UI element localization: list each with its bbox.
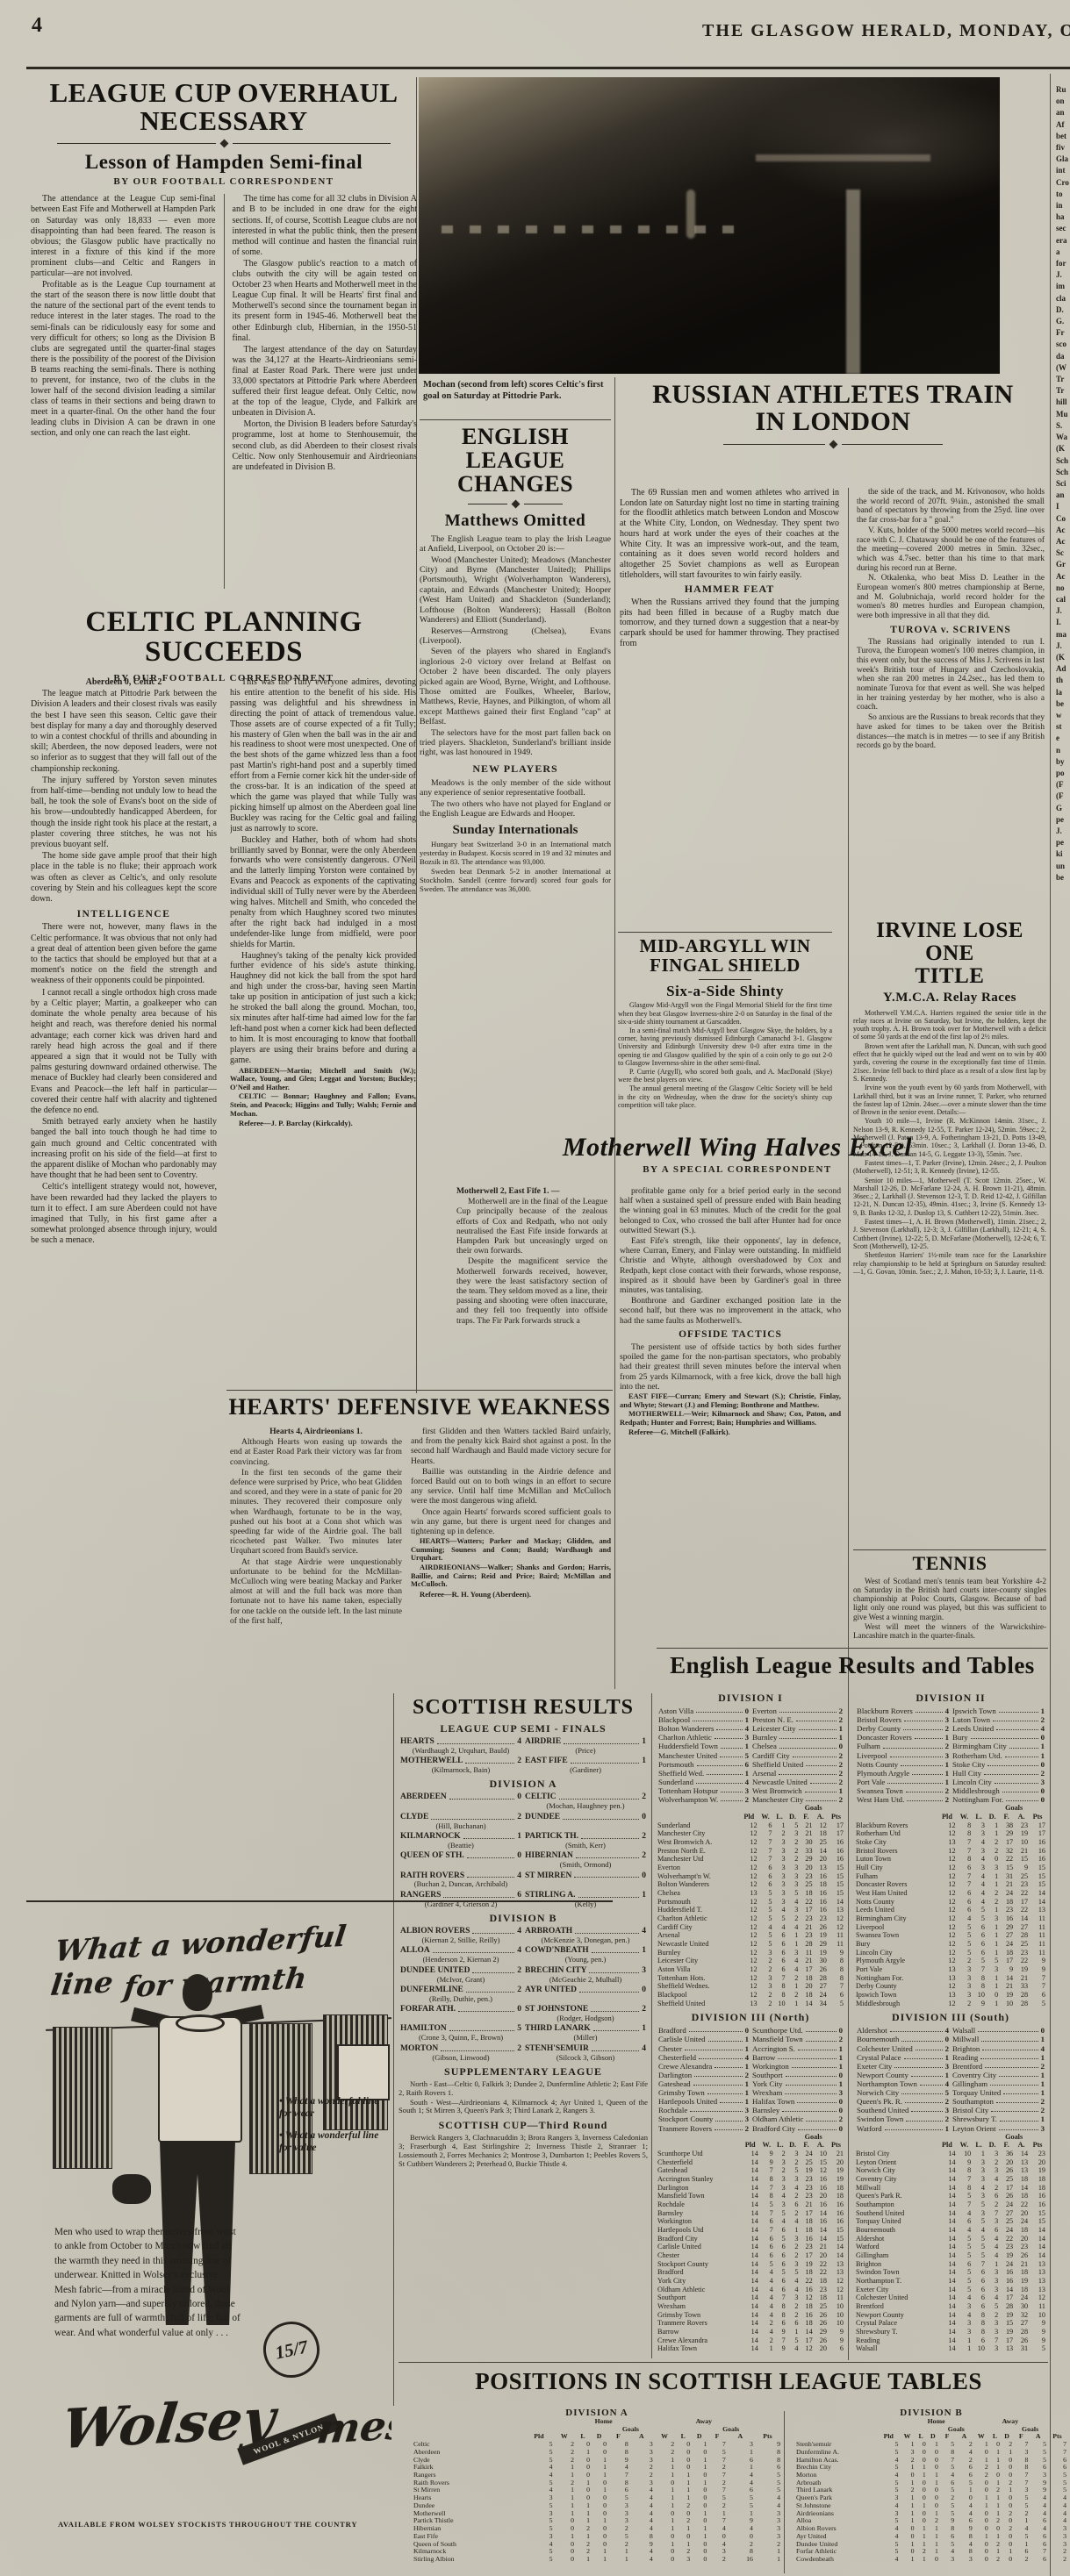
table-row: Motherwell311034001113	[413, 2510, 781, 2518]
scottish-results: SCOTTISH RESULTS LEAGUE CUP SEMI - FINAL…	[399, 1697, 648, 2360]
paragraph: The attendance at the League Cup semi-fi…	[31, 194, 216, 279]
table-row: Portsmouth12534221614	[657, 1898, 844, 1907]
text-fragment: pe	[1056, 814, 1070, 826]
text-fragment: I.	[1056, 617, 1070, 628]
table-row: Newport County14482193210	[855, 2311, 1046, 2320]
match-result: ALLOA4(Henderson 2, Kiernan 2) COWD'NBEA…	[399, 1946, 648, 1964]
table-division-1: Goals PldW.L.D.F.A.Pts Sunderland1261521…	[657, 1804, 844, 2007]
paragraph: Celtic's intelligent strategy would not,…	[31, 1182, 217, 1246]
table-row: Reading1416717269	[855, 2336, 1046, 2345]
newspaper-page: 4 THE GLASGOW HERALD, MONDAY, OCTOBER 1 …	[0, 0, 1070, 2576]
photo-caption: Mochan (second from left) scores Celtic'…	[423, 379, 609, 402]
article-body: Glasgow Mid-Argyll won the Fingal Memori…	[618, 1001, 832, 1109]
paragraph: The time has come for all 32 clubs in Di…	[233, 194, 418, 258]
match-result: Charlton Athletic3 Burnley1	[657, 1733, 844, 1742]
referee-line: Referee—R. H. Young (Aberdeen).	[411, 1590, 611, 1599]
text-fragment: n	[1056, 745, 1070, 756]
english-results-headline: English League Results and Tables	[657, 1653, 1048, 1678]
table-positions-b: HomeAway GoalsGoals PldWLDFAWLDFAPts Ste…	[795, 2418, 1067, 2564]
headline-line2: NECESSARY	[31, 107, 417, 135]
table-row: Wrexham14482182510	[657, 2302, 844, 2311]
paragraph: Motherwell Y.M.C.A. Harriers regained th…	[853, 1009, 1046, 1041]
paragraph: The largest attendance of the day on Sat…	[233, 345, 418, 419]
table-row: Manchester Utd12732292016	[657, 1855, 844, 1864]
scoreline: Aberdeen 0, Celtic 2	[31, 677, 217, 688]
section-division-3-south: DIVISION III (South)	[855, 2011, 1046, 2024]
table-row: Huddersfield T.12543171613	[657, 1906, 844, 1914]
table-row: Queen of South402029110422	[413, 2541, 781, 2549]
headline: Motherwell Wing Halves Excel	[456, 1134, 1018, 1161]
byline: BY OUR FOOTBALL CORRESPONDENT	[31, 176, 417, 187]
table-row: Stockport County14563192213	[657, 2260, 844, 2269]
table-row: Southend United14437272015	[855, 2209, 1046, 2218]
paragraph: The league match at Pittodrie Park betwe…	[31, 689, 217, 775]
table-row: Liverpool12561292711	[855, 1923, 1046, 1932]
subhead: Y.M.C.A. Relay Races	[853, 991, 1046, 1005]
paragraph: West of Scotland men's tennis team beat …	[853, 1577, 1046, 1621]
paragraph: Sweden beat Denmark 5-2 in another Inter…	[420, 868, 611, 894]
text-fragment: Af	[1056, 119, 1070, 131]
ornament-rule	[723, 441, 943, 447]
table-row: Luton Town12840221516	[855, 1855, 1046, 1864]
table-row: Shrewsbury T.1438319289	[855, 2328, 1046, 2336]
news-photo-celtic-goal	[419, 77, 1000, 374]
match-result: Colchester United2 Brighton4	[855, 2044, 1046, 2053]
text-fragment: ki	[1056, 848, 1070, 860]
table-row: Bristol City141013361423	[855, 2150, 1046, 2158]
match-result: Liverpool3 Rotherham Utd.1	[855, 1751, 1046, 1760]
table-division-3-south: Goals PldW.L.D.F.A.Pts Bristol City14101…	[855, 2133, 1046, 2353]
table-row: Brentford14365283011	[855, 2302, 1046, 2311]
table-row: York City14464221812	[657, 2277, 844, 2286]
paragraph: Baillie was outstanding in the Airdrie d…	[411, 1467, 611, 1506]
text-fragment: J.	[1056, 269, 1070, 281]
paragraph: At that stage Airdrie were unquestionabl…	[230, 1557, 402, 1626]
table-row: Leicester City1226421308	[657, 1957, 844, 1965]
text-fragment: Co	[1056, 513, 1070, 525]
paragraph: Despite the magnificent service the Moth…	[456, 1256, 607, 1325]
table-row: Crystal Palace1438315279	[855, 2319, 1046, 2328]
table-row: Tranmere Rovers14266182610	[657, 2319, 844, 2328]
paragraph: North - East—Celtic 0, Falkirk 3; Dundee…	[399, 2080, 648, 2098]
match-result: Blackpool1 Preston N. E.2	[657, 1715, 844, 1724]
match-result: Darlington2 Southport0	[657, 2071, 844, 2079]
team-list-motherwell: MOTHERWELL—Weir; Kilmarnock and Shaw; Co…	[620, 1410, 841, 1427]
table-row: Blackpool1228218246	[657, 1991, 844, 2000]
table-row: Chesterfield14932251520	[657, 2158, 844, 2167]
match-result: Bournemouth0 Millwall1	[855, 2035, 1046, 2043]
table-row: Aston Villa1226417268	[657, 1965, 844, 1974]
article-mid-argyll-shinty: MID-ARGYLL WIN FINGAL SHIELD Six-a-Side …	[618, 937, 832, 1130]
article-column: The attendance at the League Cup semi-fi…	[31, 194, 216, 589]
ad-bullet-wear: • What a wonderful line for wear	[279, 2095, 391, 2121]
table-row: Gateshead14725191219	[657, 2166, 844, 2175]
ad-bullet-value: • What a wonderful line for value	[279, 2129, 391, 2155]
match-result: Fulham2 Birmingham City1	[855, 1742, 1046, 1750]
table-row: Chester14662172014	[657, 2251, 844, 2260]
text-fragment: fiv	[1056, 142, 1070, 154]
paragraph: the side of the track, and M. Krivonosov…	[857, 488, 1045, 526]
table-row: Clyde520193101768	[413, 2457, 781, 2465]
photo-goalpost	[846, 190, 860, 374]
table-row: Leeds United12651232213	[855, 1906, 1046, 1914]
table-row: Leyton Orient14932201320	[855, 2158, 1046, 2167]
text-fragment: cal	[1056, 594, 1070, 605]
section-division-3-north: DIVISION III (North)	[657, 2011, 844, 2024]
headline: SCOTTISH RESULTS	[399, 1697, 648, 1719]
table-row: Raith Rovers521083011245	[413, 2479, 781, 2487]
table-row: Walsall14110313315	[855, 2344, 1046, 2353]
paragraph: Although Hearts won easing up towards th…	[230, 1437, 402, 1467]
celtic-column-1: Aberdeen 0, Celtic 2 The league match at…	[31, 677, 217, 1890]
table-row: Southport14473121811	[657, 2293, 844, 2302]
match-result: Newport County1 Coventry City1	[855, 2071, 1046, 2079]
match-result: West Ham Utd.2 Nottingham For.0	[855, 1795, 1046, 1804]
headline: LEAGUE CUP OVERHAUL	[31, 79, 417, 107]
table-row: Burnley1236311199	[657, 1949, 844, 1957]
paragraph: Haughney's taking of the penalty kick pr…	[230, 951, 416, 1066]
table-row: Carlisle United14662232114	[657, 2243, 844, 2251]
table-positions-a: HomeAway GoalsGoals PldWLDFAWLDFAPts Cel…	[413, 2418, 781, 2564]
match-result: Crewe Alexandra1 Workington1	[657, 2062, 844, 2071]
table-row: Hull City1263315915	[855, 1864, 1046, 1872]
match-result: MORTON2(Gibson, Linwood) STENH'SEMUIR4(S…	[399, 2044, 648, 2062]
match-result: Bristol Rovers3 Luton Town2	[855, 1715, 1046, 1724]
scoreline: Motherwell 2, East Fife 1. —	[456, 1186, 607, 1196]
paragraph: Profitable as is the League Cup tourname…	[31, 280, 216, 439]
scoreline: Hearts 4, Airdrieonians 1.	[230, 1427, 402, 1436]
paragraph: Bonthrone and Gardiner exchanged positio…	[620, 1296, 841, 1326]
section-division-a: DIVISION A	[399, 1778, 648, 1791]
match-result: Tranmere Rovers2 Bradford City0	[657, 2124, 844, 2133]
text-fragment: be	[1056, 698, 1070, 710]
ad-man-hand-cap	[112, 2174, 151, 2204]
column-rule	[651, 1693, 652, 2358]
table-row: Fulham12741312515	[855, 1872, 1046, 1881]
text-fragment: Tr	[1056, 385, 1070, 397]
table-row: Hibernian502024111443	[413, 2525, 781, 2533]
rule	[618, 932, 832, 933]
text-fragment: hill	[1056, 397, 1070, 408]
table-row: East Fife311058001003	[413, 2533, 781, 2541]
table-division-2: Goals PldW.L.D.F.A.Pts Blackburn Rovers1…	[855, 1804, 1046, 2007]
paragraph: Shettleston Harriers' 1½-mile team race …	[853, 1251, 1046, 1276]
table-row: Bristol Rovers12732322116	[855, 1847, 1046, 1856]
ad-man-vest	[158, 2016, 242, 2143]
match-result: Portsmouth6 Sheffield United2	[657, 1760, 844, 1769]
table-row: St Mirren410164110765	[413, 2487, 781, 2494]
ad-footer: AVAILABLE FROM WOLSEY STOCKISTS THROUGHO…	[58, 2520, 391, 2529]
match-result: Carlisle United1 Mansfield Town2	[657, 2035, 844, 2043]
results-division-3-south: Aldershot4 Walsall0 Bournemouth0 Millwal…	[855, 2026, 1046, 2132]
match-result: ALBION ROVERS4(Kiernan 2, Stillie, Reill…	[399, 1927, 648, 1944]
section-supplementary: SUPPLEMENTARY LEAGUE	[399, 2065, 648, 2079]
text-fragment: D.	[1056, 304, 1070, 316]
paragraph: I cannot recall a single orthodox high c…	[31, 988, 217, 1116]
hearts-column-2: first Glidden and then Watters tackled B…	[411, 1427, 611, 1692]
motherwell-column-2: profitable game only for a brief period …	[620, 1186, 841, 1646]
paragraph: The persistent use of offside tactics by…	[620, 1342, 841, 1392]
match-result: Aston Villa0 Everton2	[657, 1707, 844, 1715]
text-fragment: S.	[1056, 420, 1070, 432]
match-result: Doncaster Rovers1 Bury0	[855, 1733, 1046, 1742]
section-division-2: DIVISION II	[855, 1692, 1046, 1705]
paragraph: Irvine won the youth event by 60 yards f…	[853, 1084, 1046, 1116]
paragraph: In a semi-final match Mid-Argyll beat Gl…	[618, 1027, 832, 1067]
ornament-rule	[468, 501, 563, 507]
russian-column-2: the side of the track, and M. Krivonosov…	[857, 488, 1045, 912]
headline: MID-ARGYLL WIN	[618, 937, 832, 956]
text-fragment: by	[1056, 756, 1070, 768]
headline-line2: TITLE	[853, 965, 1046, 988]
paragraph: East Fife's strength, like their opponen…	[620, 1236, 841, 1295]
table-row: Hartlepools Utd14761181415	[657, 2226, 844, 2235]
masthead-rule	[26, 67, 1070, 69]
match-result: Chester1 Accrington S.1	[657, 2044, 844, 2053]
paragraph: South - West—Airdrieonians 4, Kilmarnock…	[399, 2099, 648, 2116]
text-fragment: no	[1056, 583, 1070, 594]
paragraph: So anxious are the Russians to break rec…	[857, 713, 1045, 751]
table-row: Barnsley14752171416	[657, 2209, 844, 2218]
article-body: Hungary beat Switzerland 3-0 in an Inter…	[420, 841, 611, 893]
table-row: Plymouth Argyle1225517229	[855, 1957, 1046, 1965]
subhead-hammer-feat: HAMMER FEAT	[620, 584, 839, 595]
text-fragment: on	[1056, 96, 1070, 107]
table-row: Torquay United14653252415	[855, 2217, 1046, 2226]
match-result: CLYDE2(Hill, Buchanan) DUNDEE0	[399, 1813, 648, 1830]
text-fragment: (K	[1056, 443, 1070, 454]
match-result: ABERDEEN0 CELTIC2(Mochan, Haughney pen.)	[399, 1792, 648, 1810]
paragraph: The two others who have not played for E…	[420, 799, 611, 819]
headline: CELTIC PLANNING SUCCEEDS	[31, 607, 417, 668]
paragraph: Wood (Manchester United); Meadows (Manch…	[420, 555, 611, 626]
article-english-league-changes: ENGLISH LEAGUE CHANGES Matthews Omitted …	[420, 425, 611, 1046]
paragraph: In the first ten seconds of the game the…	[230, 1468, 402, 1556]
text-fragment: int	[1056, 165, 1070, 176]
table-row: Preston North E.12732331416	[657, 1847, 844, 1856]
rule	[657, 1648, 1048, 1649]
table-row: Sheffield Wednes.1238120277	[657, 1982, 844, 1991]
table-row: Manchester City12723211817	[657, 1829, 844, 1838]
photo-crossbar	[756, 154, 930, 161]
positions-division-a: DIVISION A HomeAway GoalsGoals PldWLDFAW…	[413, 2408, 781, 2574]
table-row: Mansfield Town14842232018	[657, 2192, 844, 2200]
table-row: Oldham Athletic14464162312	[657, 2286, 844, 2294]
article-body: The English League team to play the Iris…	[420, 534, 611, 758]
russian-column-1: The 69 Russian men and women athletes wh…	[620, 488, 839, 932]
table-row: West Ham United12642242214	[855, 1889, 1046, 1898]
paragraph: Fastest times—1, A. H. Brown (Motherwell…	[853, 1218, 1046, 1250]
text-fragment: (W	[1056, 362, 1070, 374]
table-row: Notts County12642181714	[855, 1898, 1046, 1907]
text-fragment: for	[1056, 258, 1070, 269]
table-row: Workington14644181616	[657, 2217, 844, 2226]
table-row: Bolton Wanderers12633251815	[657, 1880, 844, 1889]
ornament-rule	[57, 140, 391, 147]
ad-bullets: • What a wonderful line for wear • What …	[279, 2095, 391, 2164]
table-row: Grimsby Town14482162610	[657, 2311, 844, 2320]
article-column: The time has come for all 32 clubs in Di…	[224, 194, 418, 589]
match-result: Norwich City5 Torquay United1	[855, 2088, 1046, 2097]
text-fragment: era	[1056, 235, 1070, 247]
table-row: Derby County1238121337	[855, 1982, 1046, 1991]
table-row: Stoke City13742171016	[855, 1838, 1046, 1847]
paragraph: Seven of the players who shared in Engla…	[420, 647, 611, 726]
headline-line2: CHANGES	[420, 472, 611, 496]
ad-price-roundel: 15/7	[258, 2316, 325, 2383]
text-fragment: (K	[1056, 652, 1070, 663]
table-row: Charlton Athletic12552232312	[657, 1914, 844, 1923]
text-fragment: cla	[1056, 293, 1070, 304]
subhead: Lesson of Hampden Semi-final	[31, 152, 417, 173]
table-row: Wolverhampt'n W.12633231615	[657, 1872, 844, 1881]
match-result: Wolverhampton W.2 Manchester City2	[657, 1795, 844, 1804]
text-fragment: J.	[1056, 605, 1070, 617]
article-motherwell: Motherwell Wing Halves Excel BY A SPECIA…	[456, 1134, 1018, 1175]
column-rule	[784, 2411, 785, 2573]
text-fragment: im	[1056, 281, 1070, 292]
text-fragment: G	[1056, 803, 1070, 814]
positions-division-b: DIVISION B HomeAway GoalsGoals PldWLDFAW…	[795, 2408, 1067, 2574]
paragraph: There were not, however, many flaws in t…	[31, 922, 217, 986]
match-result: Hartlepools United1 Halifax Town0	[657, 2097, 844, 2106]
paragraph: The Russians had originally intended to …	[857, 638, 1045, 713]
english-results-col-1: DIVISION I Aston Villa0 Everton2 Blackpo…	[657, 1688, 844, 2360]
match-result: Gateshead1 York City1	[657, 2079, 844, 2088]
positions-headline: POSITIONS IN SCOTTISH LEAGUE TABLES	[439, 2369, 1018, 2394]
match-result: FORFAR ATH.0 ST JOHNSTONE2(Rodger, Hodgs…	[399, 2005, 648, 2022]
ad-garment-left	[53, 2027, 112, 2169]
table-row: Sunderland12615211217	[657, 1821, 844, 1830]
text-fragment: bet	[1056, 131, 1070, 142]
column-rule	[1050, 74, 1051, 2576]
match-result: Stockport County3 Oldham Athletic2	[657, 2114, 844, 2123]
table-row: Aldershot14554222014	[855, 2235, 1046, 2243]
celtic-column-2: This was the Tully everyone admires, dev…	[230, 677, 416, 1388]
match-result: Exeter City3 Brentford2	[855, 2062, 1046, 2071]
article-russian-athletes: RUSSIAN ATHLETES TRAIN IN LONDON	[618, 381, 1048, 454]
match-result: Manchester United5 Cardiff City2	[657, 1751, 844, 1760]
table-row: Port Vale133739199	[855, 1965, 1046, 1974]
photo-players-row	[442, 225, 743, 233]
paragraph: The 69 Russian men and women athletes wh…	[620, 488, 839, 580]
table-row: Swansea Town12561272811	[855, 1931, 1046, 1940]
match-result: Bradford0 Scunthorpe Utd.0	[657, 2026, 844, 2035]
article-celtic: CELTIC PLANNING SUCCEEDS BY OUR FOOTBALL…	[31, 607, 417, 683]
text-fragment: Sc	[1056, 547, 1070, 559]
paragraph: Once again Hearts' forwards scored suffi…	[411, 1507, 611, 1537]
table-row: Rochdale14536211616	[657, 2200, 844, 2209]
match-result: Derby County2 Leeds United4	[855, 1724, 1046, 1733]
table-row: Norwich City14833261319	[855, 2166, 1046, 2175]
table-row: Kilmarnock502114020381	[413, 2548, 781, 2556]
table-row: Newcastle United12561282911	[657, 1940, 844, 1949]
paragraph: Reserves—Armstrong (Chelsea), Evans (Liv…	[420, 626, 611, 647]
match-result: Plymouth Argyle1 Hull City2	[855, 1769, 1046, 1778]
section-division-1: DIVISION I	[657, 1692, 844, 1705]
referee-line: Referee—G. Mitchell (Falkirk).	[620, 1428, 841, 1437]
text-fragment: Ac	[1056, 525, 1070, 536]
headline: RUSSIAN ATHLETES TRAIN	[618, 381, 1048, 408]
masthead-title: THE GLASGOW HERALD, MONDAY, OCTOBER 1	[702, 21, 1070, 41]
table-row: Rangers410172110745	[413, 2472, 781, 2479]
table-row: Watford14554232314	[855, 2243, 1046, 2251]
table-row: Gillingham14554192614	[855, 2251, 1046, 2260]
paragraph: The annual general meeting of the Glasgo…	[618, 1084, 832, 1109]
ad-vest-collar	[176, 2014, 225, 2032]
ad-white-shorts	[337, 2044, 390, 2100]
table-row: Accrington Stanley14833231619	[657, 2175, 844, 2184]
text-fragment: da	[1056, 351, 1070, 362]
paragraph: Glasgow Mid-Argyll won the Fingal Memori…	[618, 1001, 832, 1026]
paragraph: Morton, the Division B leaders before Sa…	[233, 419, 418, 472]
article-irvine-relays: IRVINE LOSE ONE TITLE Y.M.C.A. Relay Rac…	[853, 919, 1046, 1527]
table-row: Blackburn Rovers12831382317	[855, 1821, 1046, 1830]
text-fragment: Ac	[1056, 536, 1070, 547]
text-fragment: to	[1056, 189, 1070, 200]
short-rule	[699, 979, 751, 980]
paragraph: Hungary beat Switzerland 3-0 in an Inter…	[420, 841, 611, 867]
column-rule	[393, 1693, 394, 2406]
text-fragment: a	[1056, 247, 1070, 258]
text-fragment: Sci	[1056, 478, 1070, 490]
table-row: Northampton T.14563161913	[855, 2277, 1046, 2286]
table-row: Stirling Albion5011140302161	[413, 2556, 781, 2564]
results-division-3-north: Bradford0 Scunthorpe Utd.0 Carlisle Unit…	[657, 2026, 844, 2132]
table-row: Falkirk410142101216	[413, 2464, 781, 2472]
subhead: Matthews Omitted	[420, 512, 611, 530]
text-fragment: Ac	[1056, 571, 1070, 583]
hearts-column-1: Hearts 4, Airdrieonians 1. Although Hear…	[230, 1427, 402, 1692]
match-result: Northampton Town4 Gillingham1	[855, 2079, 1046, 2088]
match-result: DUNDEE UNITED2(McIvor, Grant) BRECHIN CI…	[399, 1966, 648, 1984]
match-result: Huddersfield Town1 Chelsea0	[657, 1742, 844, 1750]
table-row: Nottingham For.1338114217	[855, 1974, 1046, 1983]
text-fragment: Tr	[1056, 374, 1070, 385]
match-result: KILMARNOCK1(Beattie) PARTICK TH.2(Smith,…	[399, 1832, 648, 1850]
text-fragment: ma	[1056, 629, 1070, 640]
table-row: Crewe Alexandra1427517269	[657, 2336, 844, 2345]
byline: BY A SPECIAL CORRESPONDENT	[456, 1164, 1018, 1175]
table-row: Millwall14842171418	[855, 2184, 1046, 2193]
text-fragment: Cro	[1056, 177, 1070, 189]
paragraph: The home side gave ample proof that thei…	[31, 851, 217, 905]
paragraph: profitable game only for a brief period …	[620, 1186, 841, 1235]
team-list-hearts: HEARTS—Watters; Parker and Mackay; Glidd…	[411, 1537, 611, 1563]
table-row: Hearts310054110554	[413, 2494, 781, 2502]
truncated-right-column: RuonanAfbetfivGlaintCrotoinhaseceraaforJ…	[1056, 84, 1070, 2567]
article-body: Meadows is the only member of the side w…	[420, 778, 611, 819]
text-fragment: la	[1056, 687, 1070, 698]
article-body: Motherwell Y.M.C.A. Harriers regained th…	[853, 1009, 1046, 1527]
table-row: Brighton14671242113	[855, 2260, 1046, 2269]
table-row: Lincoln City12561182311	[855, 1949, 1046, 1957]
section-scottish-cup: SCOTTISH CUP—Third Round	[399, 2119, 648, 2132]
column-rule	[848, 488, 849, 2360]
paragraph: West will meet the winners of the Warwic…	[853, 1622, 1046, 1640]
results-division-a: ABERDEEN0 CELTIC2(Mochan, Haughney pen.)…	[399, 1792, 648, 1908]
paragraph: Meadows is the only member of the side w…	[420, 778, 611, 798]
subhead-offside-tactics: OFFSIDE TACTICS	[620, 1330, 841, 1340]
match-result: Southend United3 Bristol City2	[855, 2106, 1046, 2114]
rule	[420, 419, 611, 420]
table-row: Bradford14455182213	[657, 2268, 844, 2277]
paragraph: The injury suffered by Yorston seven min…	[31, 776, 217, 850]
table-row: Ipswich Town13310019286	[855, 1991, 1046, 2000]
text-fragment: sec	[1056, 223, 1070, 234]
table-row: West Bromwich A.12732302516	[657, 1838, 844, 1847]
text-fragment: Gla	[1056, 154, 1070, 165]
